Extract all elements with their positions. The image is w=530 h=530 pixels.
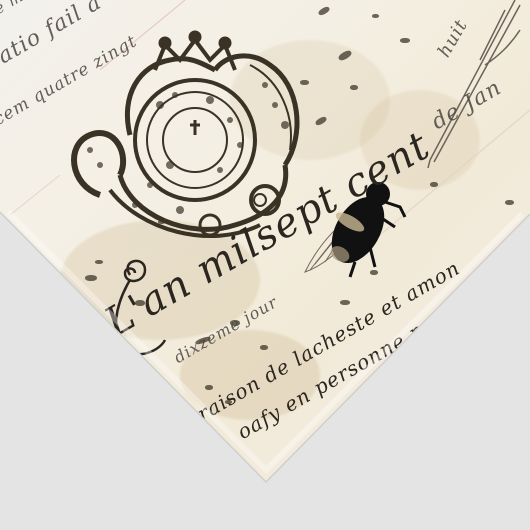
- product-photo-scene: e mcd ratio fail a cem quatre zingt L'an…: [0, 0, 530, 530]
- paper-edge: [0, 0, 530, 530]
